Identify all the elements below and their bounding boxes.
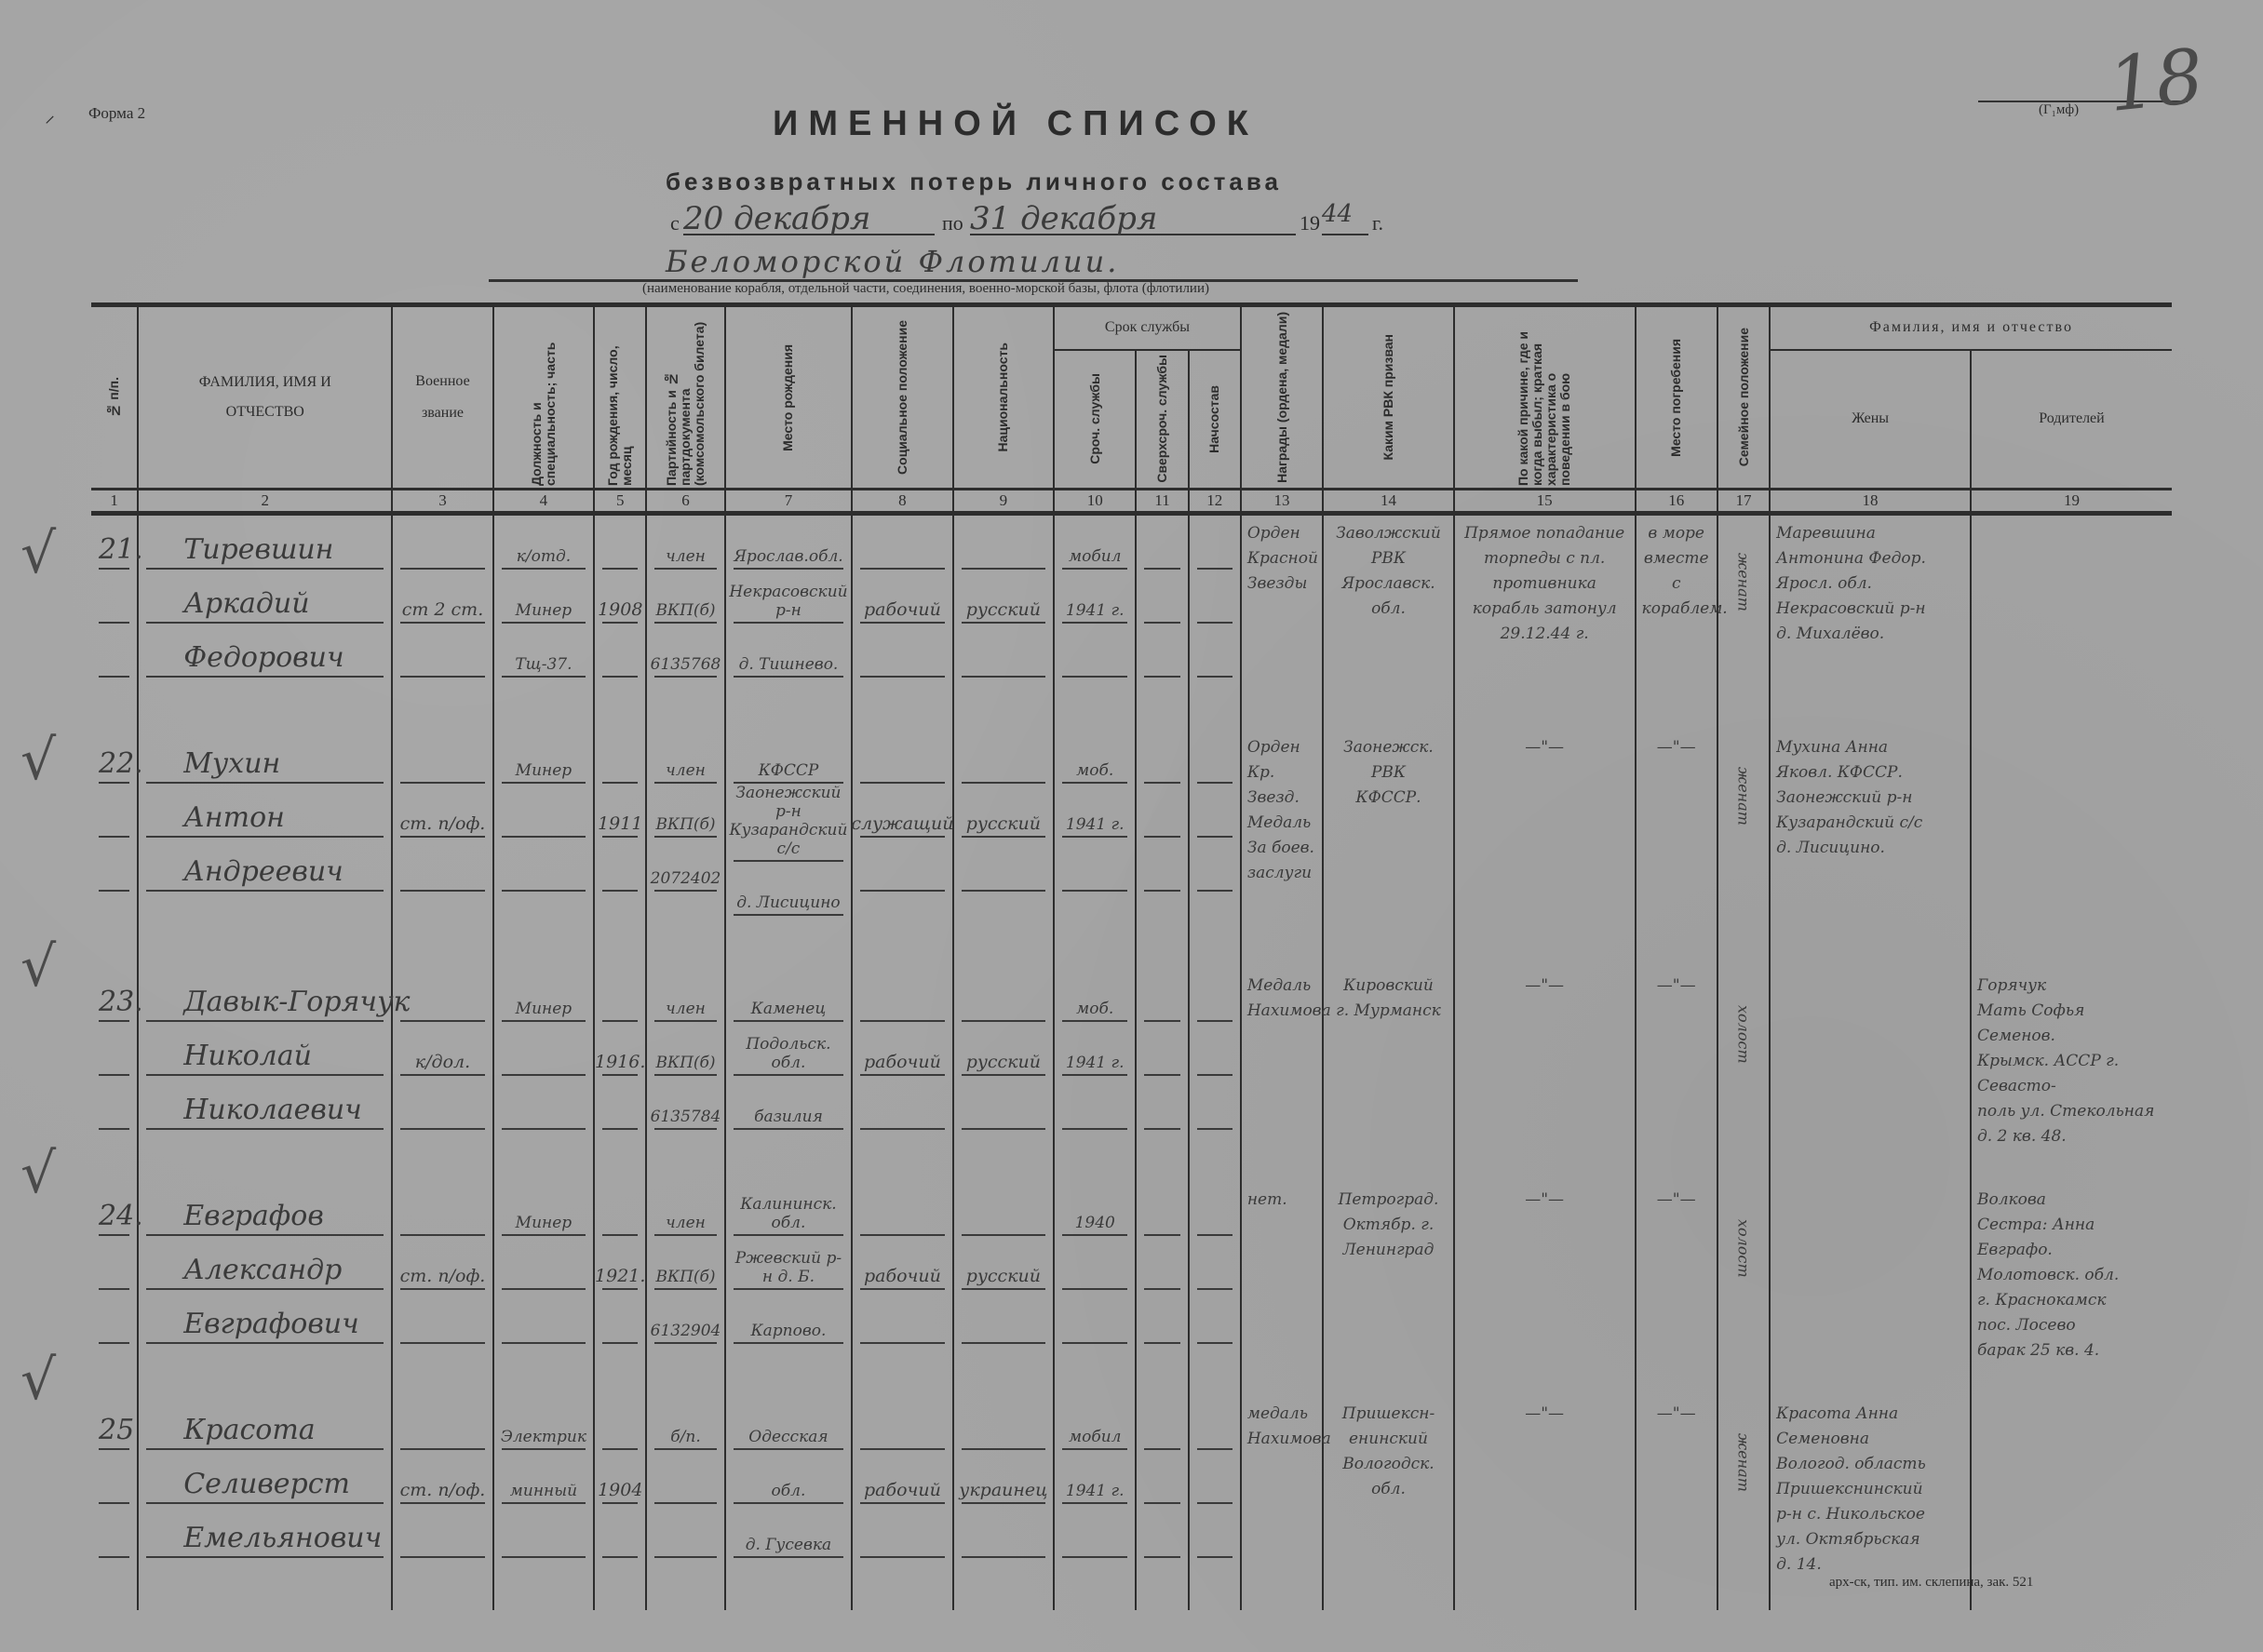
social-status: рабочий <box>860 1022 944 1076</box>
term-regular-cell: 1940 <box>1054 1182 1136 1396</box>
wife-line: Красота Анна <box>1776 1402 1964 1427</box>
birth-year-cell: 1908 <box>594 514 646 731</box>
surname: Мухин <box>146 730 384 784</box>
birthplace-line: Ржевский р-н д. Б. <box>734 1236 844 1290</box>
col-number: 7 <box>725 490 853 514</box>
wife-info: Красота АннаСеменовнаВологод. областьПри… <box>1771 1396 1970 1578</box>
birthplace-line: КФССР <box>734 730 844 784</box>
awards-line: Нахимова <box>1247 999 1316 1024</box>
party-cell: членВКП(б)2072402 <box>646 730 724 968</box>
party-line: ВКП(б) <box>654 784 716 838</box>
rvk-cell: Пришексн-енинскийВологодск.обл. <box>1323 1396 1454 1610</box>
parents-line: Горячук <box>1977 974 2166 999</box>
awards-line: Красной <box>1247 546 1316 571</box>
col-group-family-fio: Фамилия, имя и отчество <box>1770 305 2172 350</box>
awards: ОрденКр. Звезд.МедальЗа боев.заслуги <box>1242 730 1322 886</box>
wife-line: Антонина Федор. <box>1776 546 1964 571</box>
command-cell <box>1189 1182 1241 1396</box>
birthplace-cell: КаменецПодольск. обл.базилия <box>725 968 853 1182</box>
burial-line: —"— <box>1642 974 1711 999</box>
wife-line: Некрасовский р-н <box>1776 597 1964 622</box>
year-prefix: 19 <box>1300 211 1320 235</box>
col-number: 6 <box>646 490 724 514</box>
col-number: 9 <box>953 490 1054 514</box>
term-regular-line <box>1062 1236 1127 1290</box>
birthplace-line: базилия <box>734 1076 844 1130</box>
command-cell <box>1189 968 1241 1182</box>
birthplace-line: д. Тишнево. <box>734 624 844 678</box>
row-number: 21. <box>99 516 129 570</box>
term-regular-line <box>1062 678 1127 730</box>
unit-name-line: Беломорской Флотилии. <box>489 244 1578 282</box>
col-header-reason: По какой причине, где и когда выбыл; кра… <box>1454 305 1636 490</box>
rvk: Кировскийг. Мурманск <box>1324 968 1453 1024</box>
nationality-cell: русский <box>953 968 1054 1182</box>
patronymic: Емельянович <box>146 1504 384 1558</box>
birthplace-line: Одесская <box>734 1396 844 1450</box>
row-number: 23. <box>99 968 129 1022</box>
fio-cell: ТиревшинАркадийФедорович <box>138 514 392 731</box>
parents-cell: ГорячукМать Софья Семенов.Крымск. АССР г… <box>1971 968 2172 1182</box>
birthplace-line <box>734 1130 844 1182</box>
burial-cell: —"— <box>1636 968 1717 1182</box>
position-cell: Минер <box>493 730 594 968</box>
birthplace-line <box>734 916 844 968</box>
party-line: 6135768 <box>654 624 716 678</box>
social-cell: рабочий <box>852 514 952 731</box>
rvk-line: Ленинград <box>1329 1238 1448 1263</box>
rvk-line: Заволжский <box>1329 521 1448 546</box>
term-regular-line <box>1062 1076 1127 1130</box>
position-line <box>502 1076 586 1130</box>
party-cell: членВКП(б)6132904 <box>646 1182 724 1396</box>
parents-line: Молотовск. обл. <box>1977 1263 2166 1288</box>
reason-cell: —"— <box>1454 730 1636 968</box>
parents-info: ГорячукМать Софья Семенов.Крымск. АССР г… <box>1972 968 2172 1149</box>
position-line: к/отд. <box>502 516 586 570</box>
term-regular-line: мобил <box>1062 516 1127 570</box>
nationality: русский <box>962 570 1045 624</box>
term-regular-line: 1941 г. <box>1062 1022 1127 1076</box>
rvk-cell: Петроград.Октябр. г.Ленинград <box>1323 1182 1454 1396</box>
col-header-party: Партийность и № партдокумента (комсомоль… <box>646 305 724 490</box>
term-regular-cell: моб.1941 г. <box>1054 968 1136 1182</box>
party-line: 6135784 <box>654 1076 716 1130</box>
term-extended-cell <box>1136 730 1188 968</box>
surname: Евграфов <box>146 1182 384 1236</box>
table-row: 21. ТиревшинАркадийФедорович ст 2 ст. к/… <box>91 514 2172 731</box>
col-number: 4 <box>493 490 594 514</box>
birth-year: 1916. <box>602 1022 638 1076</box>
rank: ст. п/оф. <box>400 1236 484 1290</box>
period-to-value: 31 декабря <box>970 200 1296 235</box>
party-line <box>654 1504 716 1558</box>
col-number: 8 <box>852 490 952 514</box>
birth-year-cell: 1911 <box>594 730 646 968</box>
checkmark-icon: √ <box>20 934 56 1000</box>
birthplace-line: Заонежский р-н Кузарандский с/с <box>734 784 844 862</box>
parents-info <box>1972 730 2172 735</box>
reason: —"— <box>1455 730 1635 760</box>
row-number-cell: 24. <box>91 1182 138 1396</box>
parents-line: г. Краснокамск <box>1977 1288 2166 1313</box>
birth-year: 1904 <box>602 1450 638 1504</box>
col-number: 17 <box>1717 490 1770 514</box>
wife-line: д. 14. <box>1776 1552 1964 1578</box>
burial-place: —"— <box>1637 1396 1717 1427</box>
parents-line: поль ул. Стекольная <box>1977 1099 2166 1124</box>
position-line: Тщ-37. <box>502 624 586 678</box>
term-extended-cell <box>1136 968 1188 1182</box>
burial-cell: —"— <box>1636 1182 1717 1396</box>
reason-line: —"— <box>1461 1402 1629 1427</box>
burial-cell: —"— <box>1636 730 1717 968</box>
wife-cell <box>1770 968 1971 1182</box>
reason: —"— <box>1455 1182 1635 1213</box>
reason: —"— <box>1455 968 1635 999</box>
term-regular-cell: моб.1941 г. <box>1054 730 1136 968</box>
awards: нет. <box>1242 1182 1322 1213</box>
command-cell <box>1189 730 1241 968</box>
party-line <box>654 1558 716 1610</box>
family-status-cell: холост <box>1717 968 1770 1182</box>
table-row: 24. ЕвграфовАлександрЕвграфович ст. п/оф… <box>91 1182 2172 1396</box>
party-cell: б/п. <box>646 1396 724 1610</box>
term-regular-line <box>1062 892 1127 944</box>
position-line <box>502 1344 586 1396</box>
col-header-family-status: Семейное положение <box>1717 305 1770 490</box>
social-status: рабочий <box>860 1236 944 1290</box>
parents-cell: ВолковаСестра: Анна Евграфо.Молотовск. о… <box>1971 1182 2172 1396</box>
party-line: б/п. <box>654 1396 716 1450</box>
table-row: 22. МухинАнтонАндреевич ст. п/оф. Минер … <box>91 730 2172 968</box>
col-number: 3 <box>392 490 492 514</box>
row-number-cell: 25 <box>91 1396 138 1610</box>
party-line <box>654 678 716 730</box>
rank-cell: ст. п/оф. <box>392 1182 492 1396</box>
command-cell <box>1189 1396 1241 1610</box>
burial-line: —"— <box>1642 1402 1711 1427</box>
awards-cell: МедальНахимова <box>1241 968 1323 1182</box>
first-name: Аркадий <box>146 570 384 624</box>
row-number-cell: 23. <box>91 968 138 1182</box>
first-name: Александр <box>146 1236 384 1290</box>
year-value: 44 <box>1322 200 1368 235</box>
position-line: Минер <box>502 968 586 1022</box>
awards-line: Орден <box>1247 521 1316 546</box>
burial-line: —"— <box>1642 735 1711 760</box>
position-line <box>502 1022 586 1076</box>
unit-name: Беломорской Флотилии. <box>666 244 1119 279</box>
birthplace-line: д. Лисицино <box>734 862 844 916</box>
rank-cell: ст 2 ст. <box>392 514 492 731</box>
rvk: Заонежск.РВККФССР. <box>1324 730 1453 811</box>
fio-cell: ЕвграфовАлександрЕвграфович <box>138 1182 392 1396</box>
reason: —"— <box>1455 1396 1635 1427</box>
burial-line: с кораблем. <box>1642 571 1711 622</box>
position-line: Минер <box>502 1182 586 1236</box>
position-line <box>502 784 586 838</box>
term-extended-cell <box>1136 1182 1188 1396</box>
patronymic: Андреевич <box>146 838 384 892</box>
rvk-line: РВК <box>1329 760 1448 786</box>
rank-cell: к/дол. <box>392 968 492 1182</box>
first-name: Антон <box>146 784 384 838</box>
parents-line: Волкова <box>1977 1188 2166 1213</box>
party-line <box>654 1344 716 1396</box>
row-number-cell: 21. <box>91 514 138 731</box>
rvk-line: Вологодск. <box>1329 1452 1448 1477</box>
col-header-wife: Жены <box>1770 350 1971 490</box>
birthplace-line: д. Гусевка <box>734 1504 844 1558</box>
parents-line: Мать Софья Семенов. <box>1977 999 2166 1049</box>
awards-line: Орден <box>1247 735 1316 760</box>
wife-line: Маревшина <box>1776 521 1964 546</box>
birthplace-line <box>734 1558 844 1610</box>
col-header-burial: Место погребения <box>1636 305 1717 490</box>
party-line: член <box>654 1182 716 1236</box>
wife-info <box>1771 1182 1970 1188</box>
page-subtitle: безвозвратных потерь личного состава <box>666 168 1282 196</box>
term-regular-line: мобил <box>1062 1396 1127 1450</box>
period-from-value: 20 декабря <box>683 200 935 235</box>
awards-cell: нет. <box>1241 1182 1323 1396</box>
surname: Красота <box>146 1396 384 1450</box>
col-header-term-regular: Сроч. службы <box>1054 350 1136 490</box>
party-line: 6132904 <box>654 1290 716 1344</box>
col-header-nationality: Национальность <box>953 305 1054 490</box>
awards-line: За боев. <box>1247 836 1316 861</box>
surname: Давык-Горячук <box>146 968 384 1022</box>
family-status: женат <box>1735 1433 1753 1492</box>
rvk-line: Заонежск. <box>1329 735 1448 760</box>
reason-line: —"— <box>1461 735 1629 760</box>
birthplace-line: Калининск. обл. <box>734 1182 844 1236</box>
wife-line: Пришекснинский <box>1776 1477 1964 1502</box>
checkmark-icon: √ <box>20 1348 56 1413</box>
social-status: рабочий <box>860 570 944 624</box>
party-line: член <box>654 730 716 784</box>
surname: Тиревшин <box>146 516 384 570</box>
form-code: (Г₁мф) <box>2039 102 2079 118</box>
rank-cell: ст. п/оф. <box>392 1396 492 1610</box>
party-line: 2072402 <box>654 838 716 892</box>
page-title: ИМЕННОЙ СПИСОК <box>773 104 1259 144</box>
nationality-cell: украинец <box>953 1396 1054 1610</box>
row-number: 25 <box>99 1396 129 1450</box>
col-number: 14 <box>1323 490 1454 514</box>
col-header-term-extended: Сверхсроч. службы <box>1136 350 1188 490</box>
reason: Прямое попадание торпеды с пл. противник… <box>1455 516 1635 647</box>
nationality: русский <box>962 784 1045 838</box>
fio-cell: КрасотаСеливерстЕмельянович <box>138 1396 392 1610</box>
rvk-line: РВК <box>1329 546 1448 571</box>
family-status: холост <box>1735 1005 1753 1064</box>
family-status-cell: женат <box>1717 1396 1770 1610</box>
term-regular-line: 1941 г. <box>1062 1450 1127 1504</box>
col-number: 18 <box>1770 490 1971 514</box>
reason-line: Прямое попадание торпеды с пл. противник… <box>1461 521 1629 622</box>
nationality-cell: русский <box>953 1182 1054 1396</box>
term-regular-cell: мобил1941 г. <box>1054 514 1136 731</box>
rvk-cell: Заонежск.РВККФССР. <box>1323 730 1454 968</box>
rvk-line: Октябр. г. <box>1329 1213 1448 1238</box>
family-status: женат <box>1735 553 1753 611</box>
position-line <box>502 1236 586 1290</box>
burial-place: —"— <box>1637 730 1717 760</box>
col-group-service-term: Срок службы <box>1054 305 1241 350</box>
row-number-cell: 22. <box>91 730 138 968</box>
wife-cell: Мухина АннаЯковл. КФССР.Заонежский р-нКу… <box>1770 730 1971 968</box>
birthplace-line: обл. <box>734 1450 844 1504</box>
awards: ОрденКраснойЗвезды <box>1242 516 1322 597</box>
party-line <box>654 1450 716 1504</box>
term-regular-line: 1940 <box>1062 1182 1127 1236</box>
nationality: украинец <box>962 1450 1045 1504</box>
col-number: 10 <box>1054 490 1136 514</box>
parents-line: барак 25 кв. 4. <box>1977 1338 2166 1363</box>
losses-table: № п/п. ФАМИЛИЯ, ИМЯ И ОТЧЕСТВО Военное з… <box>91 302 2172 1610</box>
reason-line: —"— <box>1461 1188 1629 1213</box>
awards-cell: медальНахимова <box>1241 1396 1323 1610</box>
rvk-line: Пришексн- <box>1329 1402 1448 1427</box>
social-cell: рабочий <box>852 968 952 1182</box>
term-regular-line <box>1062 838 1127 892</box>
party-line: член <box>654 516 716 570</box>
awards-line: медаль <box>1247 1402 1316 1427</box>
reason-cell: Прямое попадание торпеды с пл. противник… <box>1454 514 1636 731</box>
wife-info: МаревшинаАнтонина Федор.Яросл. обл.Некра… <box>1771 516 1970 647</box>
position-line: Электрик <box>502 1396 586 1450</box>
command-cell <box>1189 514 1241 731</box>
col-number: 19 <box>1971 490 2172 514</box>
col-header-rank: Военное звание <box>392 305 492 490</box>
wife-line: Заонежский р-н <box>1776 786 1964 811</box>
col-header-parents: Родителей <box>1971 350 2172 490</box>
birthplace-line: Подольск. обл. <box>734 1022 844 1076</box>
checkmark-icon: √ <box>20 1141 56 1206</box>
family-status-cell: холост <box>1717 1182 1770 1396</box>
term-regular-line <box>1062 1504 1127 1558</box>
awards: медальНахимова <box>1242 1396 1322 1452</box>
term-regular-line: 1941 г. <box>1062 784 1127 838</box>
position-line: минный <box>502 1450 586 1504</box>
form-number: Форма 2 <box>88 104 145 123</box>
burial-place: —"— <box>1637 968 1717 999</box>
wife-line: Яросл. обл. <box>1776 571 1964 597</box>
rvk-cell: Кировскийг. Мурманск <box>1323 968 1454 1182</box>
unit-caption: (наименование корабля, отдельной части, … <box>642 281 1209 297</box>
burial-place: —"— <box>1637 1182 1717 1213</box>
position-cell: к/отд.МинерТщ-37. <box>493 514 594 731</box>
rvk-line: обл. <box>1329 597 1448 622</box>
rvk: Петроград.Октябр. г.Ленинград <box>1324 1182 1453 1263</box>
parents-cell <box>1971 514 2172 731</box>
birthplace-line: Некрасовский р-н <box>734 570 844 624</box>
parents-info <box>1972 1396 2172 1402</box>
position-line <box>502 1504 586 1558</box>
birthplace-cell: Ярослав.обл.Некрасовский р-нд. Тишнево. <box>725 514 853 731</box>
awards-line: Звезды <box>1247 571 1316 597</box>
family-status-cell: женат <box>1717 514 1770 731</box>
term-regular-line <box>1062 624 1127 678</box>
party-line: ВКП(б) <box>654 1236 716 1290</box>
nationality: русский <box>962 1236 1045 1290</box>
print-footer: арх-ск, тип. им. склепина, зак. 521 <box>1829 1575 2033 1591</box>
wife-info: Мухина АннаЯковл. КФССР.Заонежский р-нКу… <box>1771 730 1970 861</box>
rank: к/дол. <box>400 1022 484 1076</box>
period-from-label: с <box>670 211 680 235</box>
burial-line: вместе <box>1642 546 1711 571</box>
burial-cell: в моревместес кораблем. <box>1636 514 1717 731</box>
burial-place: в моревместес кораблем. <box>1637 516 1717 622</box>
parents-line: д. 2 кв. 48. <box>1977 1124 2166 1149</box>
period-to-label: по <box>942 211 963 235</box>
awards-line: нет. <box>1247 1188 1316 1213</box>
awards-line: Кр. Звезд. <box>1247 760 1316 811</box>
birth-year-cell: 1916. <box>594 968 646 1182</box>
birth-year-cell: 1904 <box>594 1396 646 1610</box>
burial-cell: —"— <box>1636 1396 1717 1610</box>
patronymic: Николаевич <box>146 1076 384 1130</box>
rvk-line: обл. <box>1329 1477 1448 1502</box>
birth-year: 1921. <box>602 1236 638 1290</box>
col-number: 16 <box>1636 490 1717 514</box>
col-header-no: № п/п. <box>91 305 138 490</box>
reason-cell: —"— <box>1454 968 1636 1182</box>
page-number: 18 <box>2104 33 2207 128</box>
term-regular-line: моб. <box>1062 968 1127 1022</box>
first-name: Селиверст <box>146 1450 384 1504</box>
term-extended-cell <box>1136 514 1188 731</box>
rvk-line: Петроград. <box>1329 1188 1448 1213</box>
term-extended-cell <box>1136 1396 1188 1610</box>
wife-line: р-н с. Никольское <box>1776 1502 1964 1527</box>
party-line <box>654 1130 716 1182</box>
parents-line: Крымск. АССР г. Севасто- <box>1977 1049 2166 1099</box>
wife-line: Яковл. КФССР. <box>1776 760 1964 786</box>
rvk-line: Кировский <box>1329 974 1448 999</box>
margin-mark: ⸝ <box>45 101 55 128</box>
position-line <box>502 1130 586 1182</box>
parents-info <box>1972 516 2172 521</box>
parents-line: пос. Лосево <box>1977 1313 2166 1338</box>
reason-cell: —"— <box>1454 1182 1636 1396</box>
family-status: холост <box>1735 1219 1753 1278</box>
term-regular-line <box>1062 1558 1127 1610</box>
col-header-command: Начсостав <box>1189 350 1241 490</box>
report-period: с 20 декабря по 31 декабря 19 44 г. <box>670 200 1396 237</box>
wife-line: Кузарандский с/с <box>1776 811 1964 836</box>
party-line: ВКП(б) <box>654 570 716 624</box>
col-header-social: Социальное положение <box>852 305 952 490</box>
rank: ст 2 ст. <box>400 570 484 624</box>
position-cell: Минер <box>493 968 594 1182</box>
party-cell: членВКП(б)6135784 <box>646 968 724 1182</box>
party-cell: членВКП(б)6135768 <box>646 514 724 731</box>
row-number: 24. <box>99 1182 129 1236</box>
birth-year: 1908 <box>602 570 638 624</box>
rvk-line: КФССР. <box>1329 786 1448 811</box>
col-number: 5 <box>594 490 646 514</box>
rvk: ЗаволжскийРВКЯрославск.обл. <box>1324 516 1453 622</box>
term-regular-cell: мобил1941 г. <box>1054 1396 1136 1610</box>
col-header-position: Должность и специальность; часть <box>493 305 594 490</box>
position-line <box>502 1558 586 1610</box>
party-line: член <box>654 968 716 1022</box>
birthplace-line <box>734 678 844 730</box>
burial-line: в море <box>1642 521 1711 546</box>
